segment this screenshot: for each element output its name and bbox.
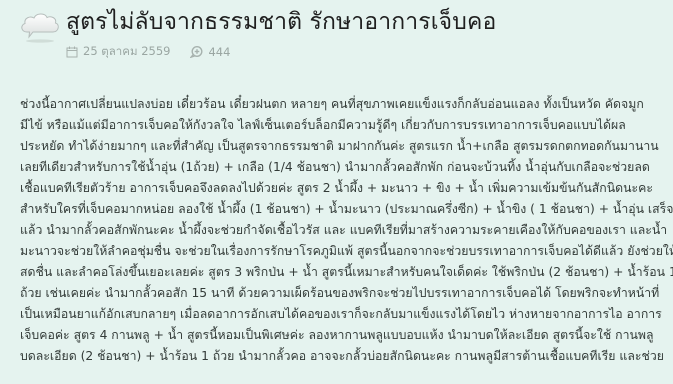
text-line: แล้ว นำมากลั้วคอสักพักนะคะ น้ำผึ้งจะช่วย… <box>20 220 665 241</box>
date-text: 25 ตุลาคม 2559 <box>83 43 170 61</box>
article-paragraph: ช่วงนี้อากาศเปลี่ยนแปลงบ่อย เดี๋ยวร้อน เ… <box>20 94 665 367</box>
text-line: เจ็บคอค่ะ สูตร 4 กานพลู + น้ำ สูตรนี้หอม… <box>20 325 665 346</box>
article-meta: 25 ตุลาคม 2559 444 <box>66 43 250 61</box>
text-line: ประหยัด ทำได้ง่ายมากๆ และที่สำคัญ เป็นสู… <box>20 136 665 157</box>
cloud-speech-icon <box>18 10 62 44</box>
text-line: เลยทีเดียวสำหรับการใช้น้ำอุ่น (1ถ้วย) + … <box>20 157 665 178</box>
comment-count-text: 444 <box>208 45 230 59</box>
comment-count[interactable]: 444 <box>190 45 230 59</box>
text-line: เป็นเหมือนยาแก้อักเสบกลายๆ เมื่อลดอาการอ… <box>20 304 665 325</box>
article-body: ช่วงนี้อากาศเปลี่ยนแปลงบ่อย เดี๋ยวร้อน เ… <box>20 94 665 367</box>
comment-icon <box>190 46 203 58</box>
page-title: สูตรไม่ลับจากธรรมชาติ รักษาอาการเจ็บคอ <box>66 6 496 38</box>
article-header: สูตรไม่ลับจากธรรมชาติ รักษาอาการเจ็บคอ 2… <box>0 0 673 90</box>
text-line: สำหรับใครที่เจ็บคอมากหน่อย ลองใช้ น้ำผึ้… <box>20 199 665 220</box>
text-line: มะนาวจะช่วยให้ลำคอชุ่มชื่น จะช่วยในเรื่อ… <box>20 241 665 262</box>
text-line: สดชื่น และลำคอโล่งขึ้นเยอะเลยค่ะ สูตร 3 … <box>20 262 665 283</box>
text-line: ช่วงนี้อากาศเปลี่ยนแปลงบ่อย เดี๋ยวร้อน เ… <box>20 94 665 115</box>
calendar-icon <box>66 46 78 58</box>
text-line: เชื้อแบคทีเรียตัวร้าย อาการเจ็บคอจึงลดลง… <box>20 178 665 199</box>
text-line: บดละเอียด (2 ช้อนชา) + น้ำร้อน 1 ถ้วย นำ… <box>20 346 665 367</box>
text-line: ถ้วย เช่นเคยค่ะ นำมากลั้วคอสัก 15 นาที ด… <box>20 283 665 304</box>
text-line: มีไข้ หรือแม้แต่มีอาการเจ็บคอให้กังวลใจ … <box>20 115 665 136</box>
post-date: 25 ตุลาคม 2559 <box>66 43 170 61</box>
